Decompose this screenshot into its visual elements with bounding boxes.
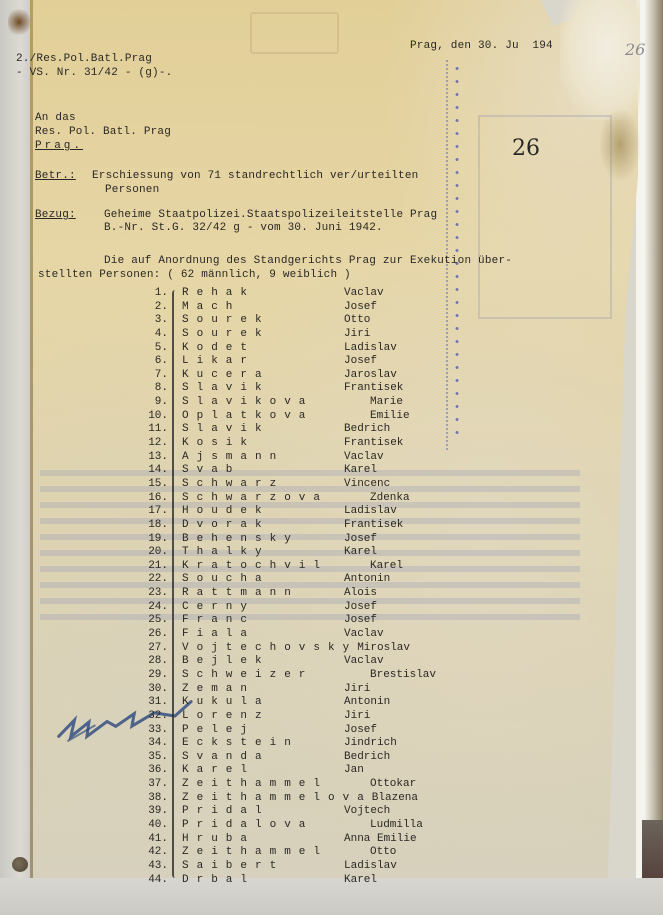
- item-number: 21.: [130, 560, 168, 572]
- surname: Likar: [182, 355, 255, 367]
- given-name: Emilie: [370, 410, 410, 422]
- item-number: 1.: [130, 287, 168, 299]
- item-number: 34.: [130, 737, 168, 749]
- reference-text: B.-Nr. St.G. 32/42 g - vom 30. Juni 1942…: [104, 222, 383, 235]
- given-name: Josef: [344, 601, 377, 613]
- surname: Drbal: [182, 874, 255, 886]
- item-number: 31.: [130, 696, 168, 708]
- given-name: Vaclav: [344, 287, 384, 299]
- surname: Slavik: [182, 423, 270, 435]
- surname: Dvorak: [182, 519, 270, 531]
- item-number: 27.: [130, 642, 168, 654]
- subject-text: Personen: [105, 184, 159, 197]
- scan-backdrop-bottom: [0, 878, 663, 915]
- given-name: Miroslav: [357, 642, 410, 654]
- given-name: Vaclav: [344, 628, 384, 640]
- surname: Zeithammel: [182, 846, 328, 858]
- given-name: Alois: [344, 587, 377, 599]
- item-number: 10.: [130, 410, 168, 422]
- item-number: 26.: [130, 628, 168, 640]
- stamped-page-number: 26: [512, 136, 540, 161]
- given-name: Ottokar: [370, 778, 416, 790]
- surname: Fiala: [182, 628, 255, 640]
- item-number: 32.: [130, 710, 168, 722]
- surname: Saibert: [182, 860, 284, 872]
- given-name: Ludmilla: [370, 819, 423, 831]
- given-name: Frantisek: [344, 437, 403, 449]
- given-name: Anna Emilie: [344, 833, 417, 845]
- surname: Zeman: [182, 683, 255, 695]
- given-name: Bedrich: [344, 423, 390, 435]
- surname: Kucera: [182, 369, 270, 381]
- given-name: Bedrich: [344, 751, 390, 763]
- item-number: 37.: [130, 778, 168, 790]
- item-number: 3.: [130, 314, 168, 326]
- surname: Soucha: [182, 573, 270, 585]
- given-name: Frantisek: [344, 382, 403, 394]
- surname: Sourek: [182, 328, 270, 340]
- item-number: 19.: [130, 533, 168, 545]
- item-number: 24.: [130, 601, 168, 613]
- item-number: 42.: [130, 846, 168, 858]
- surname: Schwarz: [182, 478, 284, 490]
- item-number: 23.: [130, 587, 168, 599]
- surname: Karel: [182, 764, 255, 776]
- given-name: Josef: [344, 724, 377, 736]
- item-number: 29.: [130, 669, 168, 681]
- surname: Mach: [182, 301, 240, 313]
- punch-hole-icon: [12, 857, 28, 872]
- item-number: 39.: [130, 805, 168, 817]
- item-number: 9.: [130, 396, 168, 408]
- given-name: Vojtech: [344, 805, 390, 817]
- surname: Pridalova: [182, 819, 313, 831]
- file-reference: - VS. Nr. 31/42 - (g)-.: [16, 67, 172, 80]
- surname: Eckstein: [182, 737, 299, 749]
- item-number: 41.: [130, 833, 168, 845]
- given-name: Josef: [344, 614, 377, 626]
- given-name: Jan: [344, 764, 364, 776]
- stain-mark-topleft: [8, 6, 30, 38]
- surname: Zeithammelova: [182, 792, 372, 804]
- surname: Kodet: [182, 342, 255, 354]
- surname: Houdek: [182, 505, 270, 517]
- given-name: Brestislav: [370, 669, 436, 681]
- item-number: 15.: [130, 478, 168, 490]
- subject-text: Erschiessung von 71 standrechtlich ver/u…: [92, 170, 418, 183]
- surname: Bejlek: [182, 655, 270, 667]
- list-bracket: [172, 290, 180, 878]
- item-number: 4.: [130, 328, 168, 340]
- surname: Svanda: [182, 751, 270, 763]
- surname: Rattmann: [182, 587, 299, 599]
- given-name: Marie: [370, 396, 403, 408]
- item-number: 17.: [130, 505, 168, 517]
- given-name: Karel: [370, 560, 403, 572]
- surname: Zeithammel: [182, 778, 328, 790]
- addressee-line: Res. Pol. Batl. Prag: [35, 126, 171, 139]
- surname: Slavikova: [182, 396, 313, 408]
- given-name: Antonin: [344, 696, 390, 708]
- item-number: 13.: [130, 451, 168, 463]
- surname: Pridal: [182, 805, 270, 817]
- given-name: Vincenc: [344, 478, 390, 490]
- given-name: Jiri: [344, 328, 370, 340]
- item-number: 14.: [130, 464, 168, 476]
- faded-stamp: [250, 12, 339, 54]
- given-name: Ladislav: [344, 860, 397, 872]
- given-name: Ladislav: [344, 342, 397, 354]
- given-name: Jiri: [344, 710, 370, 722]
- surname: Slavik: [182, 382, 270, 394]
- given-name: Jindrich: [344, 737, 397, 749]
- scan-backdrop-right: [636, 0, 663, 915]
- item-number: 25.: [130, 614, 168, 626]
- paper-edge: [30, 0, 33, 880]
- given-name: Jiri: [344, 683, 370, 695]
- surname: Lorenz: [182, 710, 270, 722]
- torn-corner: [560, 0, 640, 120]
- given-name: Josef: [344, 533, 377, 545]
- given-name: Vaclav: [344, 655, 384, 667]
- surname: Schwarzova: [182, 492, 328, 504]
- place-date: Prag, den 30. Ju 194: [410, 40, 553, 53]
- item-number: 11.: [130, 423, 168, 435]
- item-number: 8.: [130, 382, 168, 394]
- surname: Franc: [182, 614, 255, 626]
- reference-label: Bezug:: [35, 209, 76, 222]
- surname: Behensky: [182, 533, 299, 545]
- surname: Sourek: [182, 314, 270, 326]
- scan-backdrop-left: [0, 0, 30, 915]
- item-number: 18.: [130, 519, 168, 531]
- item-number: 36.: [130, 764, 168, 776]
- given-name: Otto: [370, 846, 396, 858]
- given-name: Karel: [344, 464, 377, 476]
- given-name: Jaroslav: [344, 369, 397, 381]
- given-name: Ladislav: [344, 505, 397, 517]
- item-number: 35.: [130, 751, 168, 763]
- surname: Kukula: [182, 696, 270, 708]
- surname: Svab: [182, 464, 240, 476]
- item-number: 5.: [130, 342, 168, 354]
- given-name: Zdenka: [370, 492, 410, 504]
- item-number: 16.: [130, 492, 168, 504]
- item-number: 2.: [130, 301, 168, 313]
- handwritten-page-number: 26: [625, 40, 645, 59]
- surname: Thalky: [182, 546, 270, 558]
- given-name: Blazena: [372, 792, 418, 804]
- given-name: Josef: [344, 355, 377, 367]
- given-name: Antonin: [344, 573, 390, 585]
- item-number: 40.: [130, 819, 168, 831]
- item-number: 43.: [130, 860, 168, 872]
- addressee-city: Prag.: [35, 140, 83, 153]
- item-number: 33.: [130, 724, 168, 736]
- surname: Kosik: [182, 437, 255, 449]
- item-number: 44.: [130, 874, 168, 886]
- item-number: 20.: [130, 546, 168, 558]
- given-name: Karel: [344, 546, 377, 558]
- surname: Rehak: [182, 287, 255, 299]
- surname: Cerny: [182, 601, 255, 613]
- given-name: Frantisek: [344, 519, 403, 531]
- surname: Hruba: [182, 833, 255, 845]
- given-name: Vaclav: [344, 451, 384, 463]
- item-number: 30.: [130, 683, 168, 695]
- intro-text: Die auf Anordnung des Standgerichts Prag…: [104, 255, 512, 268]
- item-number: 6.: [130, 355, 168, 367]
- item-number: 12.: [130, 437, 168, 449]
- reference-text: Geheime Staatpolizei.Staatspolizeileitst…: [104, 209, 437, 222]
- given-name: Karel: [344, 874, 377, 886]
- item-number: 22.: [130, 573, 168, 585]
- given-name: Josef: [344, 301, 377, 313]
- item-number: 28.: [130, 655, 168, 667]
- bleed-through-box: [478, 115, 612, 319]
- item-number: 38.: [130, 792, 168, 804]
- surname: Ajsmann: [182, 451, 284, 463]
- sender-unit: 2./Res.Pol.Batl.Prag: [16, 53, 152, 66]
- surname: Oplatkova: [182, 410, 313, 422]
- surname: Kratochvil: [182, 560, 328, 572]
- intro-text: stellten Personen: ( 62 männlich, 9 weib…: [38, 269, 351, 282]
- surname: Schweizer: [182, 669, 313, 681]
- given-name: Otto: [344, 314, 370, 326]
- bleed-through-numbering: [452, 62, 462, 442]
- surname: Vojtechovsky: [182, 642, 357, 654]
- addressee-line: An das: [35, 112, 76, 125]
- item-number: 7.: [130, 369, 168, 381]
- subject-label: Betr.:: [35, 170, 76, 183]
- surname: Pelej: [182, 724, 255, 736]
